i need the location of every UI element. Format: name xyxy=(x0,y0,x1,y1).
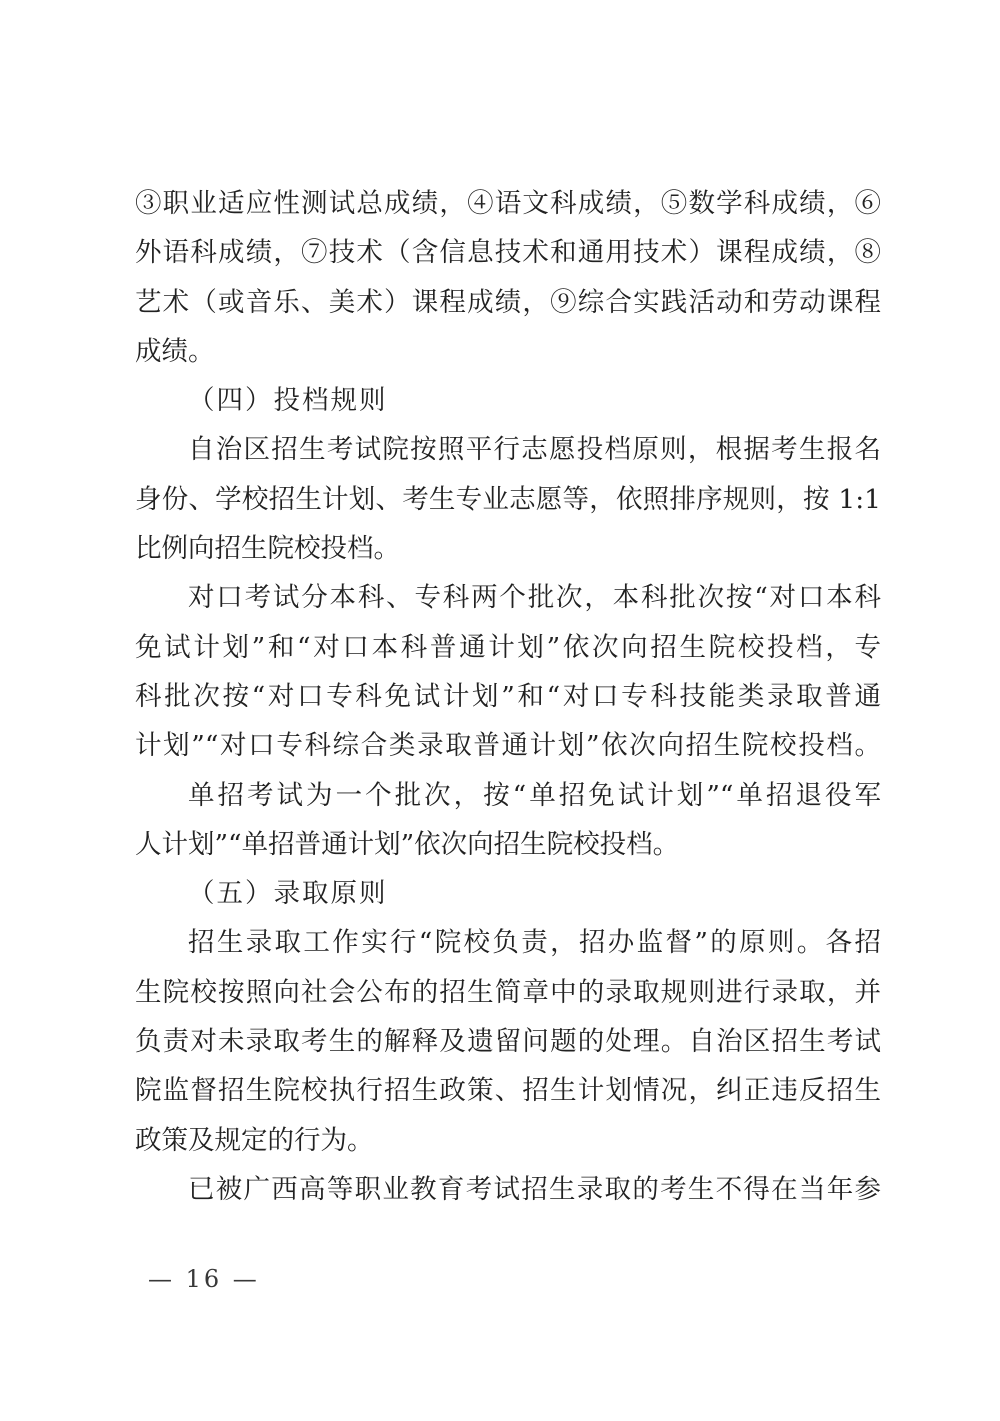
body-line-1: ③职业适应性测试总成绩，④语文科成绩，⑤数学科成绩，⑥ xyxy=(135,179,881,228)
text-block: ③职业适应性测试总成绩，④语文科成绩，⑤数学科成绩，⑥ 外语科成绩，⑦技术（含信… xyxy=(135,179,881,1214)
body-line-19: 院监督招生院校执行招生政策、招生计划情况，纠正违反招生 xyxy=(135,1066,881,1115)
body-line-2: 外语科成绩，⑦技术（含信息技术和通用技术）课程成绩，⑧ xyxy=(135,228,881,277)
body-line-4: 成绩。 xyxy=(135,327,881,376)
body-line-10: 免试计划”和“对口本科普通计划”依次向招生院校投档，专 xyxy=(135,623,881,672)
body-line-12: 计划”“对口专科综合类录取普通计划”依次向招生院校投档。 xyxy=(135,721,881,770)
body-line-9: 对口考试分本科、专科两个批次，本科批次按“对口本科 xyxy=(135,573,881,622)
section-heading-4: （四）投档规则 xyxy=(135,376,881,425)
body-line-21: 已被广西高等职业教育考试招生录取的考生不得在当年参 xyxy=(135,1165,881,1214)
section-heading-5: （五）录取原则 xyxy=(135,869,881,918)
body-line-17: 生院校按照向社会公布的招生简章中的录取规则进行录取，并 xyxy=(135,968,881,1017)
body-line-13: 单招考试为一个批次，按“单招免试计划”“单招退役军 xyxy=(135,771,881,820)
body-line-20: 政策及规定的行为。 xyxy=(135,1116,881,1165)
body-line-11: 科批次按“对口专科免试计划”和“对口专科技能类录取普通 xyxy=(135,672,881,721)
body-line-8: 比例向招生院校投档。 xyxy=(135,524,881,573)
body-line-14: 人计划”“单招普通计划”依次向招生院校投档。 xyxy=(135,820,881,869)
body-line-16: 招生录取工作实行“院校负责，招办监督”的原则。各招 xyxy=(135,918,881,967)
document-page: ③职业适应性测试总成绩，④语文科成绩，⑤数学科成绩，⑥ 外语科成绩，⑦技术（含信… xyxy=(0,0,1000,1421)
body-line-6: 自治区招生考试院按照平行志愿投档原则，根据考生报名 xyxy=(135,425,881,474)
body-line-7: 身份、学校招生计划、考生专业志愿等，依照排序规则，按 1:1 xyxy=(135,475,881,524)
page-number: — 16 — xyxy=(148,1263,260,1295)
body-line-18: 负责对未录取考生的解释及遗留问题的处理。自治区招生考试 xyxy=(135,1017,881,1066)
body-line-3: 艺术（或音乐、美术）课程成绩，⑨综合实践活动和劳动课程 xyxy=(135,278,881,327)
